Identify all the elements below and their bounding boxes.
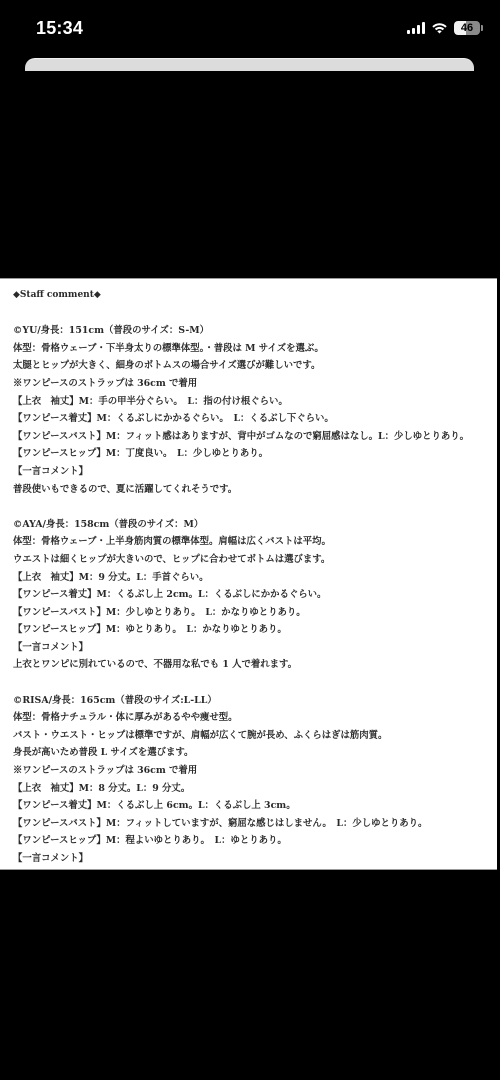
- staff-line: 【ワンピースヒップ】M：ゆとりあり。 L：かなりゆとりあり。: [13, 621, 487, 639]
- staff-comment-heading: ◆Staff comment◆: [13, 287, 487, 305]
- staff-line: 体型：骨格ウェーブ・上半身筋肉質の標準体型。肩幅は広くバストは平均。: [13, 533, 487, 551]
- status-icons: 46: [407, 21, 480, 35]
- staff-line: 【上衣 袖丈】M：8 分丈。L：9 分丈。: [13, 780, 487, 798]
- staff-line: 体型：骨格ウェーブ・下半身太りの標準体型。・普段は M サイズを選ぶ。: [13, 340, 487, 358]
- staff-block-aya: ©AYA/身長：158cm（普段のサイズ：M） 体型：骨格ウェーブ・上半身筋肉質…: [13, 516, 487, 674]
- status-bar: 15:34 46: [0, 0, 500, 56]
- staff-line: 【一言コメント】: [13, 639, 487, 657]
- staff-comment-image: ◆Staff comment◆ ©YU/身長：151cm（普段のサイズ：S-M）…: [0, 278, 497, 870]
- staff-line: 【ワンピース着丈】M：くるぶしにかかるぐらい。 L：くるぶし下ぐらい。: [13, 410, 487, 428]
- staff-header: ©AYA/身長：158cm（普段のサイズ：M）: [13, 516, 487, 534]
- staff-line: 【ワンピースバスト】M：フィット感はありますが、背中がゴムなので窮屈感はなし。L…: [13, 428, 487, 446]
- staff-block-risa: ©RISA/身長：165cm（普段のサイズ:L-LL） 体型：骨格ナチュラル・体…: [13, 692, 487, 870]
- staff-line: 【ワンピースヒップ】M：丁度良い。 L：少しゆとりあり。: [13, 445, 487, 463]
- battery-icon: 46: [454, 21, 480, 35]
- staff-line: 【上衣 袖丈】M：手の甲半分ぐらい。 L：指の付け根ぐらい。: [13, 393, 487, 411]
- signal-icon: [407, 22, 425, 34]
- sheet-top-edge: [25, 58, 474, 71]
- wifi-icon: [431, 22, 448, 34]
- staff-line: 体型：骨格ナチュラル・体に厚みがあるやや痩せ型。: [13, 709, 487, 727]
- staff-block-yu: ©YU/身長：151cm（普段のサイズ：S-M） 体型：骨格ウェーブ・下半身太り…: [13, 322, 487, 498]
- staff-line: ワンピのストラップを長めにすれば、くるぶし上ぐらいの丈になります。: [13, 868, 487, 870]
- staff-line: 【ワンピースバスト】M：フィットしていますが、窮屈な感じはしません。 L：少しゆ…: [13, 815, 487, 833]
- staff-line: 【一言コメント】: [13, 850, 487, 868]
- staff-line: 【一言コメント】: [13, 463, 487, 481]
- staff-line: バスト・ウエスト・ヒップは標準ですが、肩幅が広くて腕が長め、ふくらはぎは筋肉質。: [13, 727, 487, 745]
- staff-line: 【ワンピース着丈】M：くるぶし上 2cm。L：くるぶしにかかるぐらい。: [13, 586, 487, 604]
- staff-header: ©YU/身長：151cm（普段のサイズ：S-M）: [13, 322, 487, 340]
- staff-line: 【ワンピースヒップ】M：程よいゆとりあり。 L：ゆとりあり。: [13, 832, 487, 850]
- staff-header: ©RISA/身長：165cm（普段のサイズ:L-LL）: [13, 692, 487, 710]
- staff-line: 【ワンピース着丈】M：くるぶし上 6cm。L：くるぶし上 3cm。: [13, 797, 487, 815]
- staff-line: 【ワンピースバスト】M：少しゆとりあり。 L：かなりゆとりあり。: [13, 604, 487, 622]
- staff-line: 普段使いもできるので、夏に活躍してくれそうです。: [13, 481, 487, 499]
- staff-line: 上衣とワンピに別れているので、不器用な私でも 1 人で着れます。: [13, 656, 487, 674]
- staff-line: 身長が高いため普段 L サイズを選びます。: [13, 744, 487, 762]
- battery-level: 46: [461, 21, 473, 35]
- staff-line: 太腿とヒップが大きく、細身のボトムスの場合サイズ選びが難しいです。: [13, 357, 487, 375]
- staff-line: ※ワンピースのストラップは 36cm で着用: [13, 762, 487, 780]
- staff-line: 【上衣 袖丈】M：9 分丈。L：手首ぐらい。: [13, 569, 487, 587]
- status-time: 15:34: [36, 18, 83, 39]
- staff-line: ウエストは細くヒップが大きいので、ヒップに合わせてボトムは選びます。: [13, 551, 487, 569]
- staff-line: ※ワンピースのストラップは 36cm で着用: [13, 375, 487, 393]
